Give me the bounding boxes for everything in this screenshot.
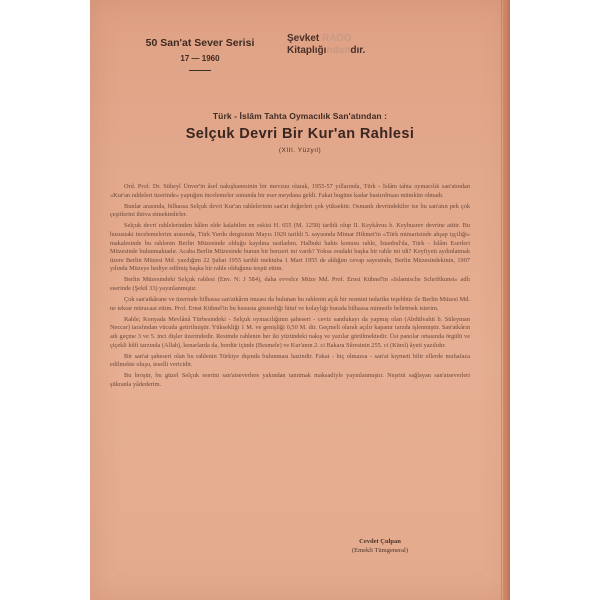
paragraph: Rahle; Konyada Mevlânâ Türbesindeki - Se…	[110, 316, 470, 350]
paragraph: Berlin Müzesindeki Selçuk rahlesi (Env. …	[110, 276, 470, 293]
stamp-owner-faded: RADO	[322, 33, 351, 44]
document-page: 50 San'at Sever Serisi 17 — 1960 Şevket …	[90, 0, 510, 600]
series-rule	[189, 70, 211, 71]
page-edge-strip	[503, 0, 510, 600]
series-number: 17 — 1960	[115, 54, 285, 63]
article-body: Ord. Prof. Dr. Süheyl Ünver'in âsel nakı…	[110, 183, 470, 392]
paragraph: Selçuk devri rahlelerinden hâlen elde ka…	[110, 222, 470, 274]
library-stamp: Şevket RADO Kitaplığındandır.	[287, 33, 365, 57]
paragraph: Çok san'atkârane ve üzerinde bilhassa sa…	[110, 296, 470, 313]
signature-title: (Emekli Tümgeneral)	[320, 546, 440, 555]
heading-kicker: Türk - İslâm Tahta Oymacılık San'atından…	[90, 111, 510, 121]
series-name: 50 San'at Sever Serisi	[115, 37, 285, 49]
stamp-library-end: dır.	[350, 45, 365, 56]
paragraph: Bir san'at şaheseri olan bu rahlenin Tür…	[110, 353, 470, 370]
stamp-owner: Şevket	[287, 33, 322, 44]
stamp-library-faded: ndan	[326, 45, 350, 56]
page-title: Selçuk Devri Bir Kur'an Rahlesi	[90, 126, 510, 142]
paragraph: Bunlar arasında, bilhassa Selçuk devri K…	[110, 203, 470, 220]
page-edge-line	[501, 0, 502, 600]
heading-subtitle: (XIII. Yüzyıl)	[90, 147, 510, 154]
signature: Cevdet Çulpan (Emekli Tümgeneral)	[320, 537, 440, 555]
signature-name: Cevdet Çulpan	[320, 537, 440, 546]
paragraph: Bu broşür, bu güzel Selçuk eserini san'a…	[110, 372, 470, 389]
paragraph: Ord. Prof. Dr. Süheyl Ünver'in âsel nakı…	[110, 183, 470, 200]
stamp-library: Kitaplığı	[287, 45, 326, 56]
series-header: 50 San'at Sever Serisi 17 — 1960	[115, 37, 285, 71]
